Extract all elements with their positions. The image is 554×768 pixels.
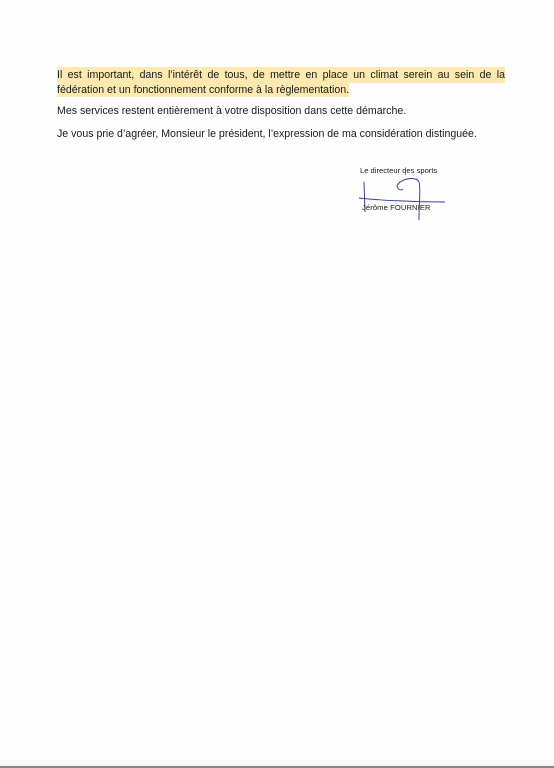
document-page: Il est important, dans l’intérêt de tous… (0, 0, 554, 768)
paragraph-services: Mes services restent entièrement à votre… (57, 104, 505, 118)
handwritten-signature-icon (345, 172, 455, 222)
highlighted-line-1: Il est important, dans l’intérêt de tous… (57, 67, 505, 83)
signatory-name: Jérôme FOURNIER (362, 203, 431, 212)
page-bottom-shadow (0, 758, 554, 766)
highlighted-line-2: fédération et un fonctionnement conforme… (57, 83, 349, 97)
paragraph-closing: Je vous prie d’agréer, Monsieur le prési… (57, 127, 505, 141)
paragraph-highlighted: Il est important, dans l’intérêt de tous… (57, 67, 505, 97)
